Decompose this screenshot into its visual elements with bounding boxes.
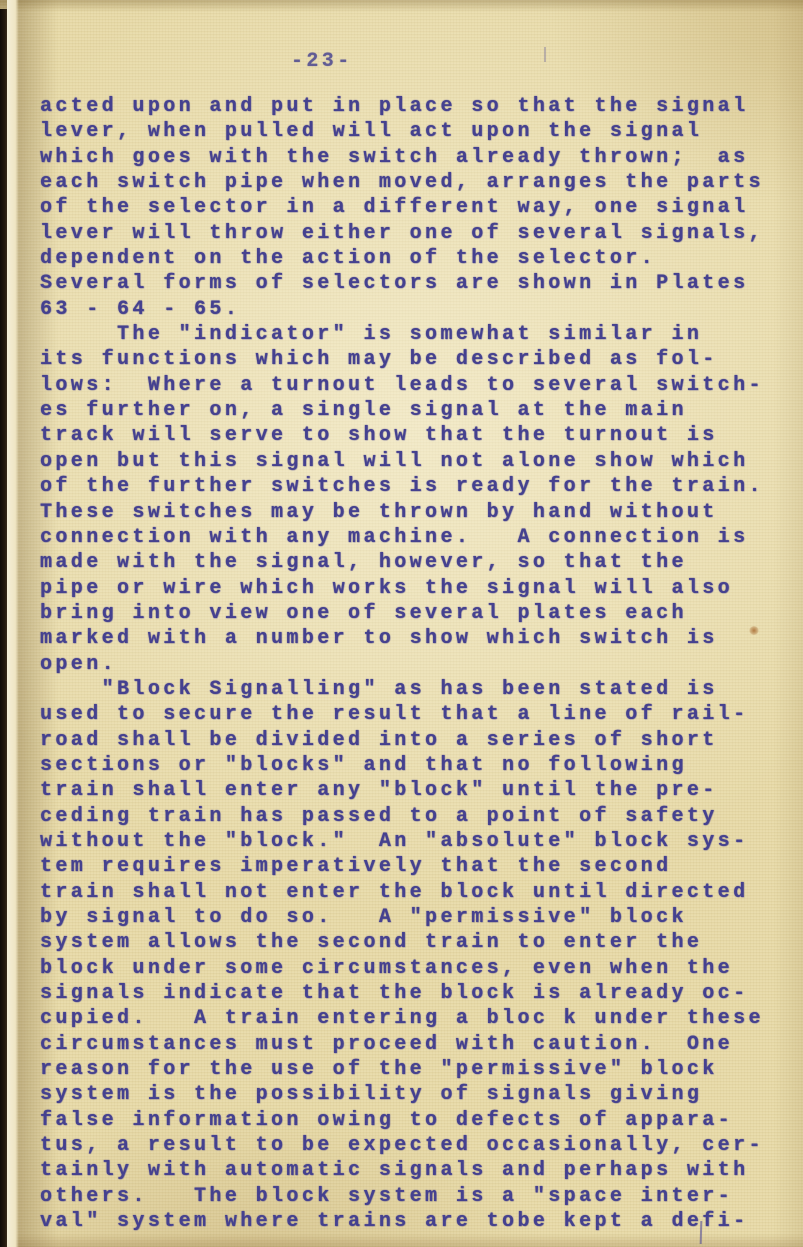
page-text: acted upon and put in place so that the … <box>40 94 764 1234</box>
text-line: signals indicate that the block is alrea… <box>40 981 764 1006</box>
text-line: block under some circumstances, even whe… <box>40 956 764 981</box>
text-line: open but this signal will not alone show… <box>40 449 764 474</box>
text-line: system is the possibility of signals giv… <box>40 1082 764 1107</box>
text-line: bring into view one of several plates ea… <box>40 601 764 626</box>
stray-ink-tick <box>544 47 546 62</box>
binding-shadow-edge <box>0 9 7 1247</box>
text-line: false information owing to defects of ap… <box>40 1108 764 1133</box>
text-line: sections or "blocks" and that no followi… <box>40 753 764 778</box>
text-line: These switches may be thrown by hand wit… <box>40 500 764 525</box>
text-line: tem requires imperatively that the secon… <box>40 854 764 879</box>
text-line: pipe or wire which works the signal will… <box>40 576 764 601</box>
text-line: system allows the second train to enter … <box>40 930 764 955</box>
text-line: The "indicator" is somewhat similar in <box>40 322 764 347</box>
text-line: lever, when pulled will act upon the sig… <box>40 119 764 144</box>
text-line: acted upon and put in place so that the … <box>40 94 764 119</box>
text-line: val" system where trains are tobe kept a… <box>40 1209 764 1234</box>
text-line: circumstances must proceed with caution.… <box>40 1032 764 1057</box>
text-line: others. The block system is a "space int… <box>40 1184 764 1209</box>
text-line: es further on, a single signal at the ma… <box>40 398 764 423</box>
text-line: its functions which may be described as … <box>40 347 764 372</box>
text-line: reason for the use of the "permissive" b… <box>40 1057 764 1082</box>
text-line: ceding train has passed to a point of sa… <box>40 804 764 829</box>
text-line: road shall be divided into a series of s… <box>40 728 764 753</box>
text-line: open. <box>40 652 764 677</box>
text-line: tus, a result to be expected occasionall… <box>40 1133 764 1158</box>
text-line: by signal to do so. A "permissive" block <box>40 905 764 930</box>
stray-ink-mark <box>700 1221 703 1244</box>
text-line: without the "block." An "absolute" block… <box>40 829 764 854</box>
text-line: made with the signal, however, so that t… <box>40 550 764 575</box>
text-line: lever will throw either one of several s… <box>40 221 764 246</box>
text-line: each switch pipe when moved, arranges th… <box>40 170 764 195</box>
page-edge-strip <box>7 0 19 1247</box>
text-line: cupied. A train entering a bloc k under … <box>40 1006 764 1031</box>
text-line: of the further switches is ready for the… <box>40 474 764 499</box>
text-line: 63 - 64 - 65. <box>40 297 764 322</box>
text-line: train shall not enter the block until di… <box>40 880 764 905</box>
text-line: connection with any machine. A connectio… <box>40 525 764 550</box>
text-line: which goes with the switch already throw… <box>40 145 764 170</box>
stain-dot <box>749 626 759 635</box>
text-line: tainly with automatic signals and perhap… <box>40 1158 764 1183</box>
text-line: of the selector in a different way, one … <box>40 195 764 220</box>
text-line: track will serve to show that the turnou… <box>40 423 764 448</box>
scanned-document-page: -23- acted upon and put in place so that… <box>0 0 803 1247</box>
text-line: "Block Signalling" as has been stated is <box>40 677 764 702</box>
text-line: dependent on the action of the selector. <box>40 246 764 271</box>
text-line: used to secure the result that a line of… <box>40 702 764 727</box>
text-line: train shall enter any "block" until the … <box>40 778 764 803</box>
text-line: Several forms of selectors are shown in … <box>40 271 764 296</box>
text-line: lows: Where a turnout leads to several s… <box>40 373 764 398</box>
text-line: marked with a number to show which switc… <box>40 626 764 651</box>
page-number: -23- <box>291 50 353 73</box>
